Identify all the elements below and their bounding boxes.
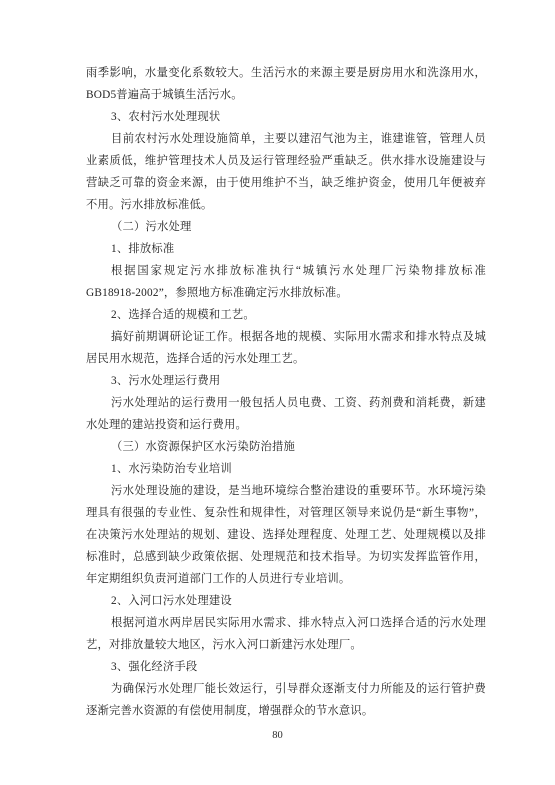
text-line: 年定期组织负责河道部门工作的人员进行专业培训。 [86, 568, 486, 590]
text-line: 居民用水规范，选择合适的污水处理工艺。 [86, 348, 486, 370]
text-line: 营缺乏可靠的资金来源，由于使用维护不当，缺乏维护资金，使用几年便被弃之 [86, 172, 486, 194]
text-line: 业素质低，维护管理技术人员及运行管理经验严重缺乏。供水排水设施建设与运 [86, 150, 486, 172]
page-footer: 80 [0, 729, 555, 743]
text-line: 理具有很强的专业性、复杂性和规律性，对管理区领导来说仍是“新生事物”， [86, 502, 486, 524]
text-line: 1、排放标准 [86, 238, 486, 260]
text-line: 根据河道水两岸居民实际用水需求、排水特点入河口选择合适的污水处理工 [86, 612, 486, 634]
text-line: 水处理的建站投资和运行费用。 [86, 414, 486, 436]
text-line: 根据国家规定污水排放标准执行“城镇污水处理厂污染物排放标准 [86, 260, 486, 282]
page-number: 80 [272, 730, 283, 741]
document-page: 雨季影响，水量变化系数较大。生活污水的来源主要是厨房用水和洗涤用水，COD、BO… [0, 0, 555, 785]
text-line: （二）污水处理 [86, 216, 486, 238]
text-line: GB18918-2002”，参照地方标准确定污水排放标准。 [86, 282, 486, 304]
text-line: 2、选择合适的规模和工艺。 [86, 304, 486, 326]
text-line: 污水处理设施的建设，是当地环境综合整治建设的重要环节。水环境污染治 [86, 480, 486, 502]
text-line: BOD5普遍高于城镇生活污水。 [86, 84, 486, 106]
text-line: 2、入河口污水处理建设 [86, 590, 486, 612]
text-line: 污水处理站的运行费用一般包括人员电费、工资、药剂费和消耗费，新建污 [86, 392, 486, 414]
text-line: 为确保污水处理厂能长效运行，引导群众逐渐支付力所能及的运行管护费用， [86, 678, 486, 700]
text-line: 不用。污水排放标准低。 [86, 194, 486, 216]
text-line: 3、污水处理运行费用 [86, 370, 486, 392]
text-line: 在决策污水处理站的规划、建设、选择处理程度、处理工艺、处理规模以及排放 [86, 524, 486, 546]
text-line: 目前农村污水处理设施简单，主要以建沼气池为主，谁建谁管，管理人员专 [86, 128, 486, 150]
page-body: 雨季影响，水量变化系数较大。生活污水的来源主要是厨房用水和洗涤用水，COD、BO… [86, 62, 486, 722]
text-line: 3、农村污水处理现状 [86, 106, 486, 128]
text-line: 搞好前期调研论证工作。根据各地的规模、实际用水需求和排水特点及城市 [86, 326, 486, 348]
text-line: 1、水污染防治专业培训 [86, 458, 486, 480]
text-line: 标准时，总感到缺少政策依据、处理规范和技术指导。为切实发挥监管作用，每 [86, 546, 486, 568]
text-line: 雨季影响，水量变化系数较大。生活污水的来源主要是厨房用水和洗涤用水，COD、 [86, 62, 486, 84]
text-line: 艺，对排放量较大地区，污水入河口新建污水处理厂。 [86, 634, 486, 656]
text-line: （三）水资源保护区水污染防治措施 [86, 436, 486, 458]
text-line: 逐渐完善水资源的有偿使用制度，增强群众的节水意识。 [86, 700, 486, 722]
text-line: 3、强化经济手段 [86, 656, 486, 678]
